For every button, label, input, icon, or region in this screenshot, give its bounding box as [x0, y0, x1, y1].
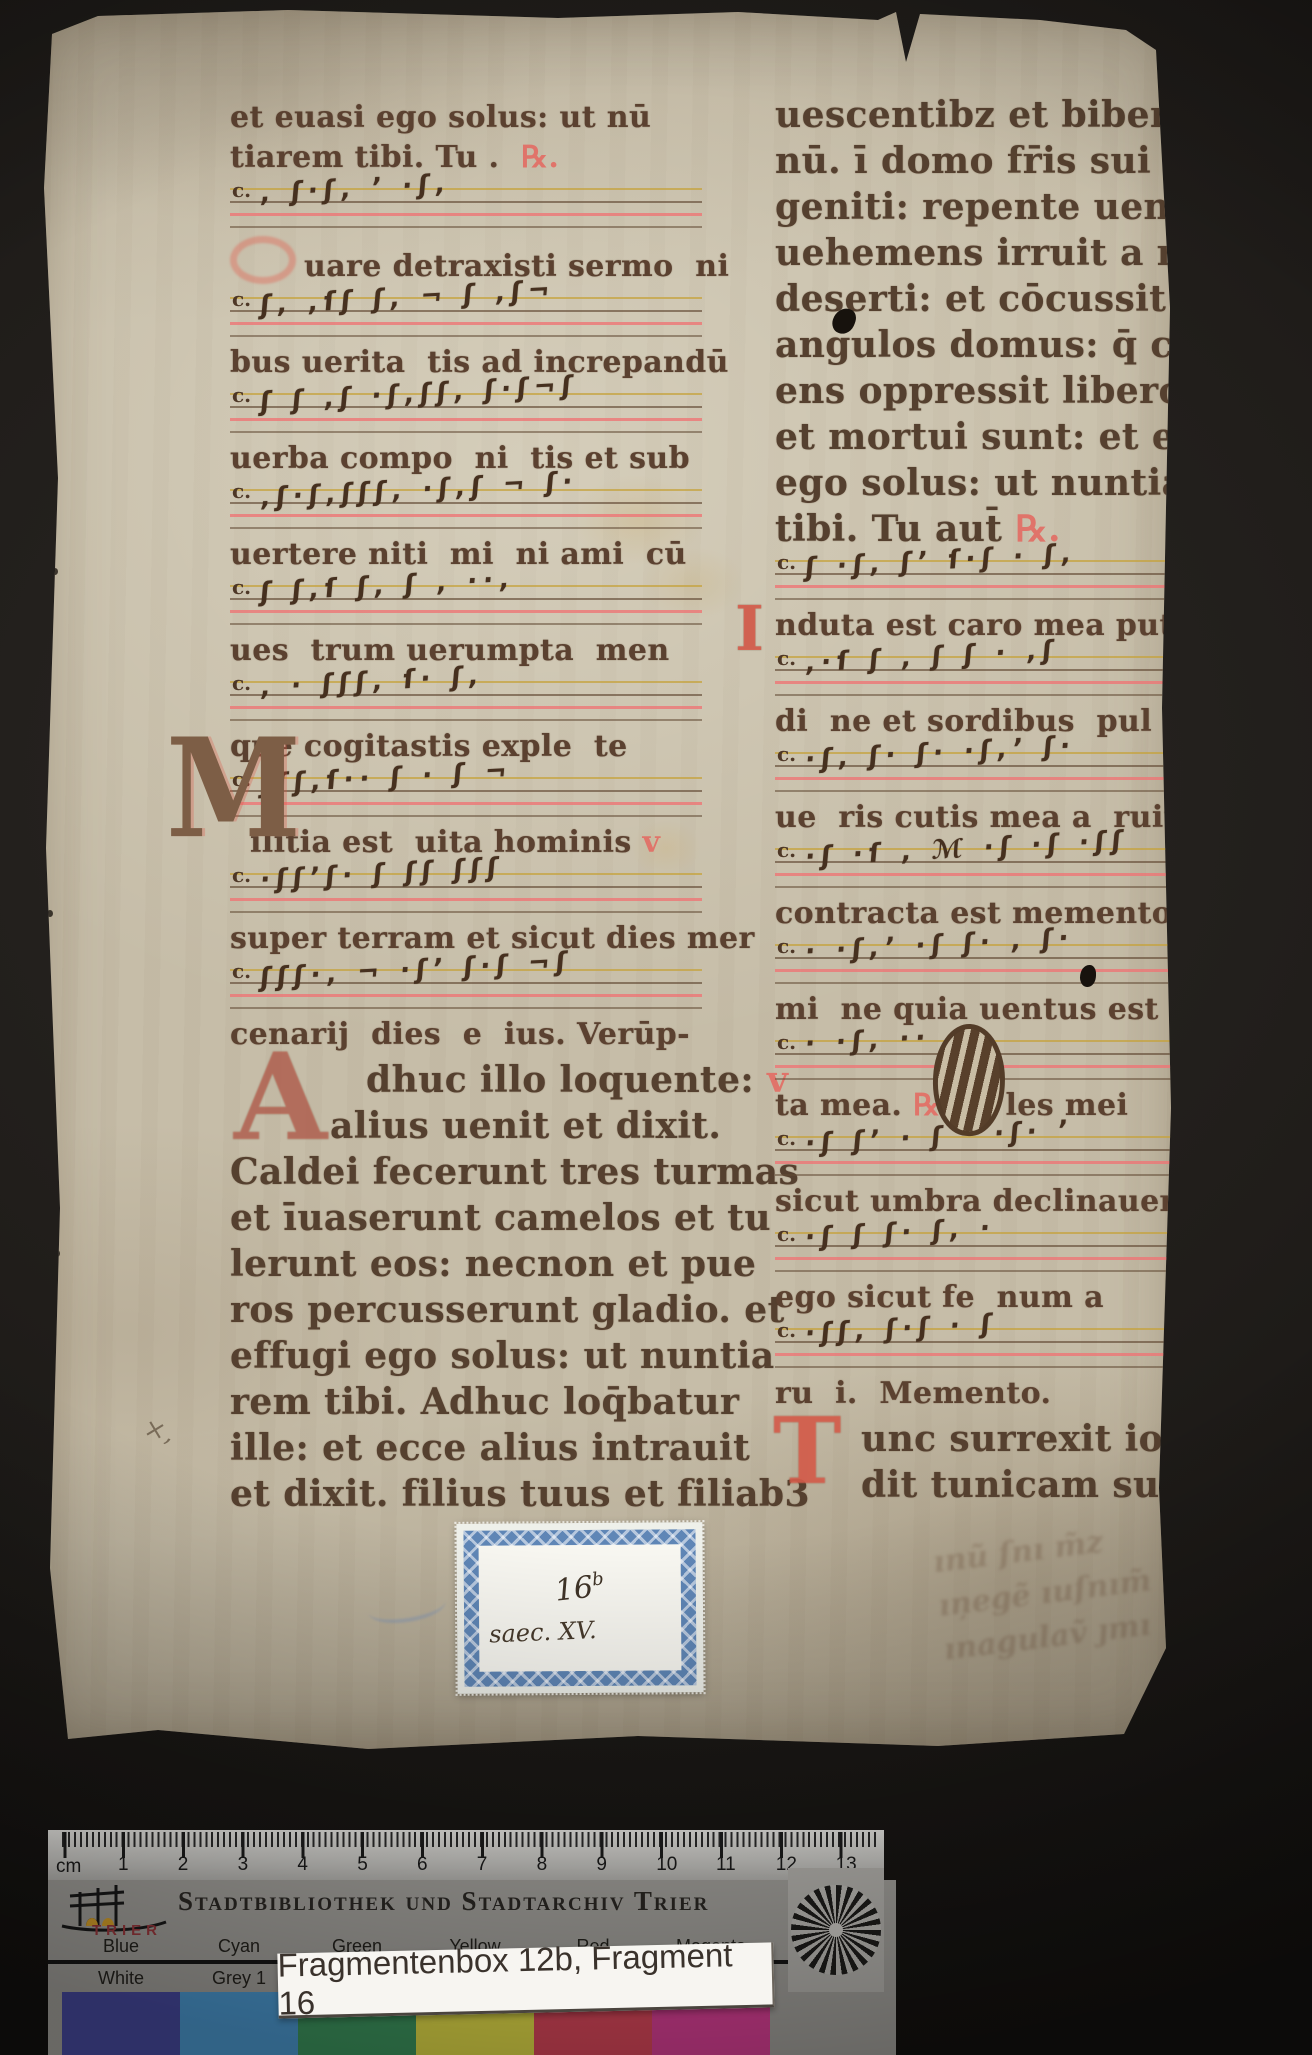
clef-mark: c. [232, 671, 251, 695]
music-staff: c.ʃ ∙ʃ‚ ʃ’ ſ∙ʃ ∙ ʃ‚ [775, 552, 1181, 602]
text-segment: di ne et sordibus pul [775, 704, 1152, 739]
pencil-mark [366, 1586, 448, 1628]
music-staff: c.∙ʃ‚ ʃ∙ ʃ∙ ∙ʃ‚’ ʃ∙ [775, 744, 1181, 794]
staff-line-red [230, 994, 702, 997]
greyscale-name-label: White [62, 1968, 180, 1989]
clef-mark: c. [777, 550, 796, 574]
color-name-label: Blue [62, 1936, 180, 1957]
prose-line: et dixit. filius tuus et filiab3 [230, 1471, 708, 1517]
music-staff: c.‚ʃ∙ʃ‚ʃʃʃ‚ ∙ʃ‚ʃ ¬ ʃ∙ [230, 481, 708, 531]
prose-line: geniti: repente uentus [775, 184, 1181, 230]
text-segment: geniti: repente uentus [775, 186, 1234, 228]
staff-line-red [230, 898, 702, 901]
initial-q [230, 236, 296, 284]
initial-m: M [166, 726, 301, 849]
prose-line: effugi ego solus: ut nuntia [230, 1333, 708, 1379]
text-segment: bus uerita tis ad increpandū [230, 345, 729, 380]
music-staff: c.∙ʃʃ‚ ʃ∙ʃ ∙ ʃ [775, 1320, 1181, 1370]
text-segment: et dixit. filius tuus et filiab3 [230, 1473, 810, 1515]
music-staff: c.∙ ∙ʃ‚ ∙∙ [775, 1032, 1181, 1082]
staff-line-red [775, 777, 1175, 780]
staff-line [230, 431, 702, 433]
staff-line [230, 623, 702, 625]
clef-mark: c. [232, 959, 251, 983]
staff-line [230, 911, 702, 913]
text-segment: nduta est caro mea putre [775, 608, 1209, 643]
staff-line-red [230, 213, 702, 216]
text-segment: dhuc illo loquente: [366, 1059, 767, 1101]
clef-mark: c. [777, 934, 796, 958]
music-staff: c.ʃ ʃ‚ſ ʃ‚ ʃ ‚ ∙∙‚ [230, 577, 708, 627]
siemens-star-target [788, 1868, 884, 1992]
digitization-photo: et euasi ego solus: ut nūtiarem tibi. Tu… [0, 0, 1312, 2055]
text-segment: sicut umbra declinauerunt et [775, 1184, 1279, 1219]
ruler: cm 12345678910111213 [48, 1830, 884, 1880]
music-staff: c.∙ʃ ʃ’ ∙ ʃ ’ ∙ʃ∙ ’ [775, 1128, 1181, 1178]
clef-mark: c. [232, 383, 251, 407]
institution-title: Stadtbibliothek und Stadtarchiv Trier [178, 1886, 709, 1917]
prose-line: dit tunicam suam: et [775, 1462, 1181, 1508]
staff-line [230, 1007, 702, 1009]
staff-line [775, 694, 1175, 696]
music-staff: c.‚ ∙ ʃʃʃ‚ ſ∙ ʃ‚ [230, 673, 708, 723]
ruler-number: 7 [477, 1854, 488, 1876]
ruler-cm-ticks [48, 1832, 884, 1858]
clef-mark: c. [232, 575, 251, 599]
text-segment: uehemens irruit a regione [775, 232, 1312, 274]
prose-line: uescentibz et bibentibz ui [775, 92, 1181, 138]
ruler-number: 3 [238, 1854, 249, 1876]
clef-mark: c. [232, 178, 251, 202]
stitch-hole [52, 568, 58, 575]
text-segment: uerba compo ni tis et sub [230, 441, 690, 476]
chant-text-line: uare detraxisti sermo ni [230, 236, 708, 285]
text-segment: ego sicut fe num a [775, 1280, 1104, 1315]
manuscript-column-left: et euasi ego solus: ut nūtiarem tibi. Tu… [230, 100, 708, 1517]
text-segment: ue ris cutis mea a ruit et [775, 800, 1223, 835]
fragment-label: Fragmentenbox 12b, Fragment 16 [277, 1942, 774, 2018]
text-segment: ego solus: ut nuntiarem [775, 462, 1267, 504]
staff-line-red [230, 514, 702, 517]
ruler-number: 5 [357, 1854, 368, 1876]
clef-mark: c. [777, 1030, 796, 1054]
clef-mark: c. [777, 742, 796, 766]
stitch-hole [54, 1250, 60, 1257]
clef-mark: c. [777, 1126, 796, 1150]
text-segment: et mortui sunt: et effugi. [775, 416, 1286, 458]
text-segment: uescentibz et bibentibz ui [775, 94, 1308, 136]
staff-line-red [230, 418, 702, 421]
text-segment: ens oppressit liberos tuos [775, 370, 1305, 412]
text-segment: alius uenit et dixit. [330, 1105, 721, 1147]
ruler-number: 10 [656, 1854, 677, 1876]
text-segment: rem tibi. Adhuc loq̄batur [230, 1381, 739, 1423]
text-segment-rubric: ℞. [499, 140, 559, 175]
ruler-number: 9 [596, 1854, 607, 1876]
staff-line [775, 982, 1175, 984]
text-segment: nū. ī domo fr̄is sui p̄mo [775, 140, 1253, 182]
staff-line [775, 1270, 1175, 1272]
stamp-number-suffix: b [591, 1568, 605, 1590]
text-segment: mi ne quia uentus est ui [775, 992, 1204, 1027]
music-staff: c.ʃ‚ ‚ſʃ ʃ‚ ¬ ʃ ‚ʃ¬ [230, 289, 708, 339]
text-segment-rubric: v [643, 825, 661, 860]
chant-text-line: contracta est memento mei do [775, 896, 1181, 932]
staff-line [775, 1174, 1175, 1176]
music-staff: c.∙ ∙ʃ‚’ ∙ʃ ʃ∙ ‚ ʃ∙ [775, 936, 1181, 986]
ruler-number: 4 [297, 1854, 308, 1876]
music-staff: c.∙ʃ ʃ ʃ∙ ʃ‚ ∙ [775, 1224, 1181, 1274]
music-staff: c.ʃ ʃ ‚ʃ ∙ʃ‚ʃʃ‚ ʃ∙ʃ¬ʃ [230, 385, 708, 435]
initial-i: I [735, 600, 764, 658]
patch-row-padding [48, 1992, 62, 2055]
prose-line: alius uenit et dixit. [230, 1103, 708, 1149]
prose-line: et īuaserunt camelos et tu [230, 1195, 708, 1241]
staff-line-red [775, 681, 1175, 684]
staff-line-red [775, 873, 1175, 876]
text-segment: unc surrexit iob et sci [861, 1418, 1312, 1460]
staff-line [230, 226, 702, 228]
text-segment: dit tunicam suam: et [861, 1464, 1289, 1506]
text-segment: et euasi ego solus: ut nū [230, 100, 651, 135]
siemens-star-hub [829, 1923, 843, 1937]
staff-line-red [775, 969, 1175, 972]
showthrough-writing: ınũ ſnı m̃zıņegẽ ıuſnım̃ınagulaṽ ȷmı [931, 1515, 1159, 1672]
music-staff: c.∙ʃʃ’ʃ∙ ʃ ʃʃ ʃʃʃ [230, 865, 708, 915]
ruler-number: 1 [118, 1854, 129, 1876]
text-segment: ros percusserunt gladio. et [230, 1289, 785, 1331]
music-staff: c.‚∙ſ ʃ ‚ ʃ ʃ ∙ ‚ʃ [775, 648, 1181, 698]
clef-mark: c. [777, 1318, 796, 1342]
text-segment: ta mea. [775, 1088, 913, 1123]
color-patch-blue [62, 1992, 180, 2055]
stamp-number: 16 [553, 1569, 595, 1608]
prose-line: ros percusserunt gladio. et [230, 1287, 708, 1333]
music-staff: c.ʃʃʃ∙‚ ¬ ∙ʃ’ ʃ∙ʃ ¬ʃ [230, 961, 708, 1011]
ruler-unit-label: cm [56, 1856, 81, 1878]
manuscript-leaf: et euasi ego solus: ut nūtiarem tibi. Tu… [38, 8, 1178, 1750]
stamp-ornamental-border: 16b saec. XV. [463, 1529, 696, 1687]
staff-line [230, 527, 702, 529]
clef-mark: c. [777, 838, 796, 862]
prose-line: Caldei fecerunt tres turmas [230, 1149, 708, 1195]
music-staff: c.ʃʃʃ‚ſ∙∙ ʃ ∙ ʃ ¬M [230, 769, 708, 819]
prose-line: ille: et ecce alius intrauit [230, 1425, 708, 1471]
prose-line: ens oppressit liberos tuos [775, 368, 1181, 414]
prose-line: Tunc surrexit iob et sci [775, 1416, 1181, 1462]
chant-text-line: mi ne quia uentus est ui [775, 992, 1181, 1028]
staff-line-red [230, 322, 702, 325]
prose-line: Adhuc illo loquente: v [230, 1057, 708, 1103]
text-segment: tiarem tibi. Tu . [230, 140, 499, 175]
stitch-hole [47, 910, 53, 917]
staff-line [775, 598, 1175, 600]
chant-text-line: tiarem tibi. Tu . ℞. [230, 140, 708, 176]
staff-line [775, 1366, 1175, 1368]
chant-text-line: di ne et sordibus pul [775, 704, 1181, 740]
staff-line-red [230, 610, 702, 613]
music-staff: c.∙ʃ ∙ſ ‚ ℳ ∙ʃ ∙ʃ ∙ʃʃ [775, 840, 1181, 890]
ruler-number: 11 [716, 1854, 736, 1876]
clef-mark: c. [777, 646, 796, 670]
manuscript-column-right: uescentibz et bibentibz uinū. ī domo fr̄… [775, 92, 1181, 1508]
staff-line [775, 790, 1175, 792]
ruler-number: 2 [178, 1854, 189, 1876]
stamp-shelfmark: 16b [553, 1568, 606, 1608]
text-segment: ille: et ecce alius intrauit [230, 1427, 750, 1469]
text-segment: Caldei fecerunt tres turmas [230, 1151, 799, 1193]
prose-line: uehemens irruit a regione [775, 230, 1181, 276]
ruler-number: 8 [537, 1854, 548, 1876]
staff-line [775, 886, 1175, 888]
prose-line: rem tibi. Adhuc loq̄batur [230, 1379, 708, 1425]
stamp-field: 16b saec. XV. [479, 1544, 682, 1671]
stamp-date: saec. XV. [489, 1616, 597, 1648]
text-segment: et īuaserunt camelos et tu [230, 1197, 771, 1239]
staff-line-red [775, 1353, 1175, 1356]
prose-line: ego solus: ut nuntiarem [775, 460, 1181, 506]
chant-text-line: et euasi ego solus: ut nū [230, 100, 708, 136]
clef-mark: c. [232, 287, 251, 311]
clef-mark: c. [777, 1222, 796, 1246]
archive-stamp: 16b saec. XV. [456, 1522, 703, 1694]
staff-line-red [775, 1257, 1175, 1260]
staff-line-red [775, 585, 1175, 588]
text-segment: effugi ego solus: ut nuntia [230, 1335, 775, 1377]
ruler-number: 6 [417, 1854, 428, 1876]
prose-line: lerunt eos: necnon et pue [230, 1241, 708, 1287]
music-staff: c.‚ ʃ∙ʃ‚ ’ ∙ʃ‚ [230, 180, 708, 230]
prose-line: et mortui sunt: et effugi. [775, 414, 1181, 460]
margin-smudge: ×, [141, 1413, 177, 1449]
staff-line [230, 335, 702, 337]
clef-mark: c. [232, 479, 251, 503]
prose-line: nū. ī domo fr̄is sui p̄mo [775, 138, 1181, 184]
text-segment: lerunt eos: necnon et pue [230, 1243, 756, 1285]
staff-line-red [775, 1161, 1175, 1164]
